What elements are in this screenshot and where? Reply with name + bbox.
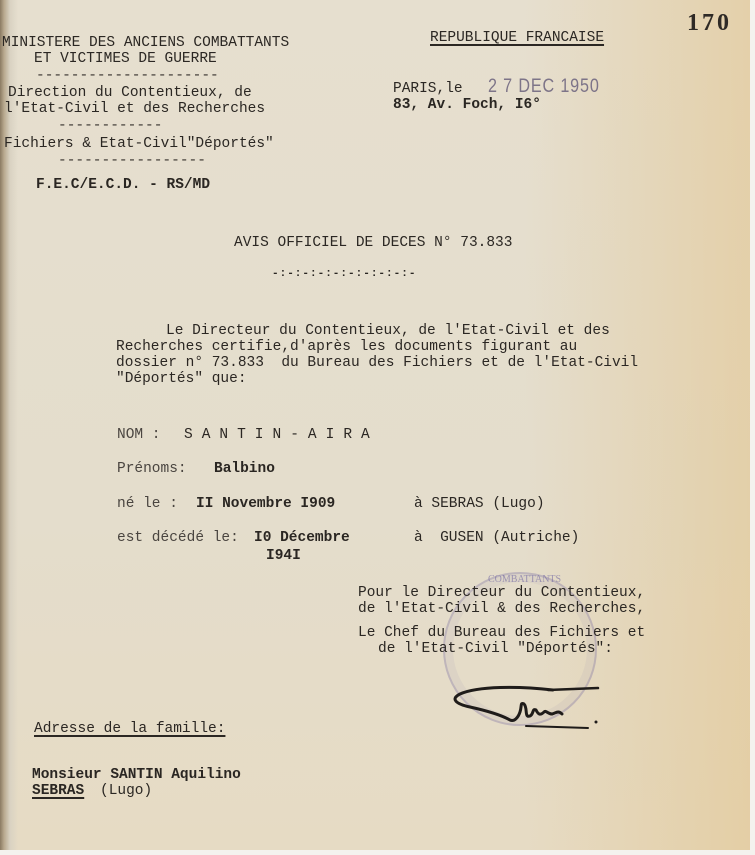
family-province: (Lugo)	[100, 784, 152, 799]
handwritten-signature-icon	[448, 672, 608, 732]
body-line-4: "Déportés" que:	[116, 372, 247, 387]
direction-line-2: l'Etat-Civil et des Recherches	[4, 102, 265, 117]
prenoms-value: Balbino	[214, 462, 275, 477]
separator-3: -----------------	[58, 153, 206, 169]
ministry-line-2: ET VICTIMES DE GUERRE	[34, 52, 217, 67]
signature-line-2: de l'Etat-Civil & des Recherches,	[358, 602, 645, 617]
nom-value: SANTIN-AIRA	[184, 428, 379, 443]
signature-line-3: Le Chef du Bureau des Fichiers et	[358, 626, 645, 641]
ministry-line-1: MINISTERE DES ANCIENS COMBATTANTS	[2, 36, 289, 51]
office-name: Fichiers & Etat-Civil"Déportés"	[4, 137, 274, 152]
birth-place: à SEBRAS (Lugo)	[414, 497, 545, 512]
body-line-2: Recherches certifie,d'après les document…	[116, 340, 577, 355]
title-ornament: -:-:-:-:-:-:-:-:-:-	[272, 267, 416, 282]
family-address-label: Adresse de la famille:	[34, 722, 225, 737]
reference-code: F.E.C/E.C.D. - RS/MD	[36, 178, 210, 193]
stamp-text: COMBATTANTS	[488, 574, 561, 585]
separator-1: ---------------------	[36, 68, 219, 84]
body-line-1: Le Directeur du Contentieux, de l'Etat-C…	[166, 324, 610, 339]
signature-line-1: Pour le Directeur du Contentieux,	[358, 586, 645, 601]
document-page: 170 MINISTERE DES ANCIENS COMBATTANTS ET…	[0, 0, 750, 850]
republic-heading: REPUBLIQUE FRANCAISE	[430, 31, 604, 46]
document-title: AVIS OFFICIEL DE DECES N° 73.833	[234, 236, 512, 251]
page-number: 170	[687, 10, 732, 37]
death-date-line-1: I0 Décembre	[254, 531, 350, 546]
birth-label: né le :	[117, 497, 178, 512]
death-date-line-2: I94I	[266, 549, 301, 564]
family-town: SEBRAS	[32, 784, 84, 799]
direction-line-1: Direction du Contentieux, de	[8, 86, 252, 101]
signature-line-4: de l'Etat-Civil "Déportés":	[378, 642, 613, 657]
prenoms-label: Prénoms:	[117, 462, 187, 477]
family-name: Monsieur SANTIN Aquilino	[32, 768, 241, 783]
birth-date: II Novembre I909	[196, 497, 335, 512]
separator-2: ------------	[58, 118, 162, 134]
nom-label: NOM :	[117, 428, 161, 443]
date-stamp: 2 7 DEC 1950	[488, 76, 600, 98]
place-prefix: PARIS,le	[393, 82, 463, 97]
address-line: 83, Av. Foch, I6°	[393, 98, 541, 113]
death-place: à GUSEN (Autriche)	[414, 531, 579, 546]
body-line-3: dossier n° 73.833 du Bureau des Fichiers…	[116, 356, 638, 371]
death-label: est décédé le:	[117, 531, 239, 546]
